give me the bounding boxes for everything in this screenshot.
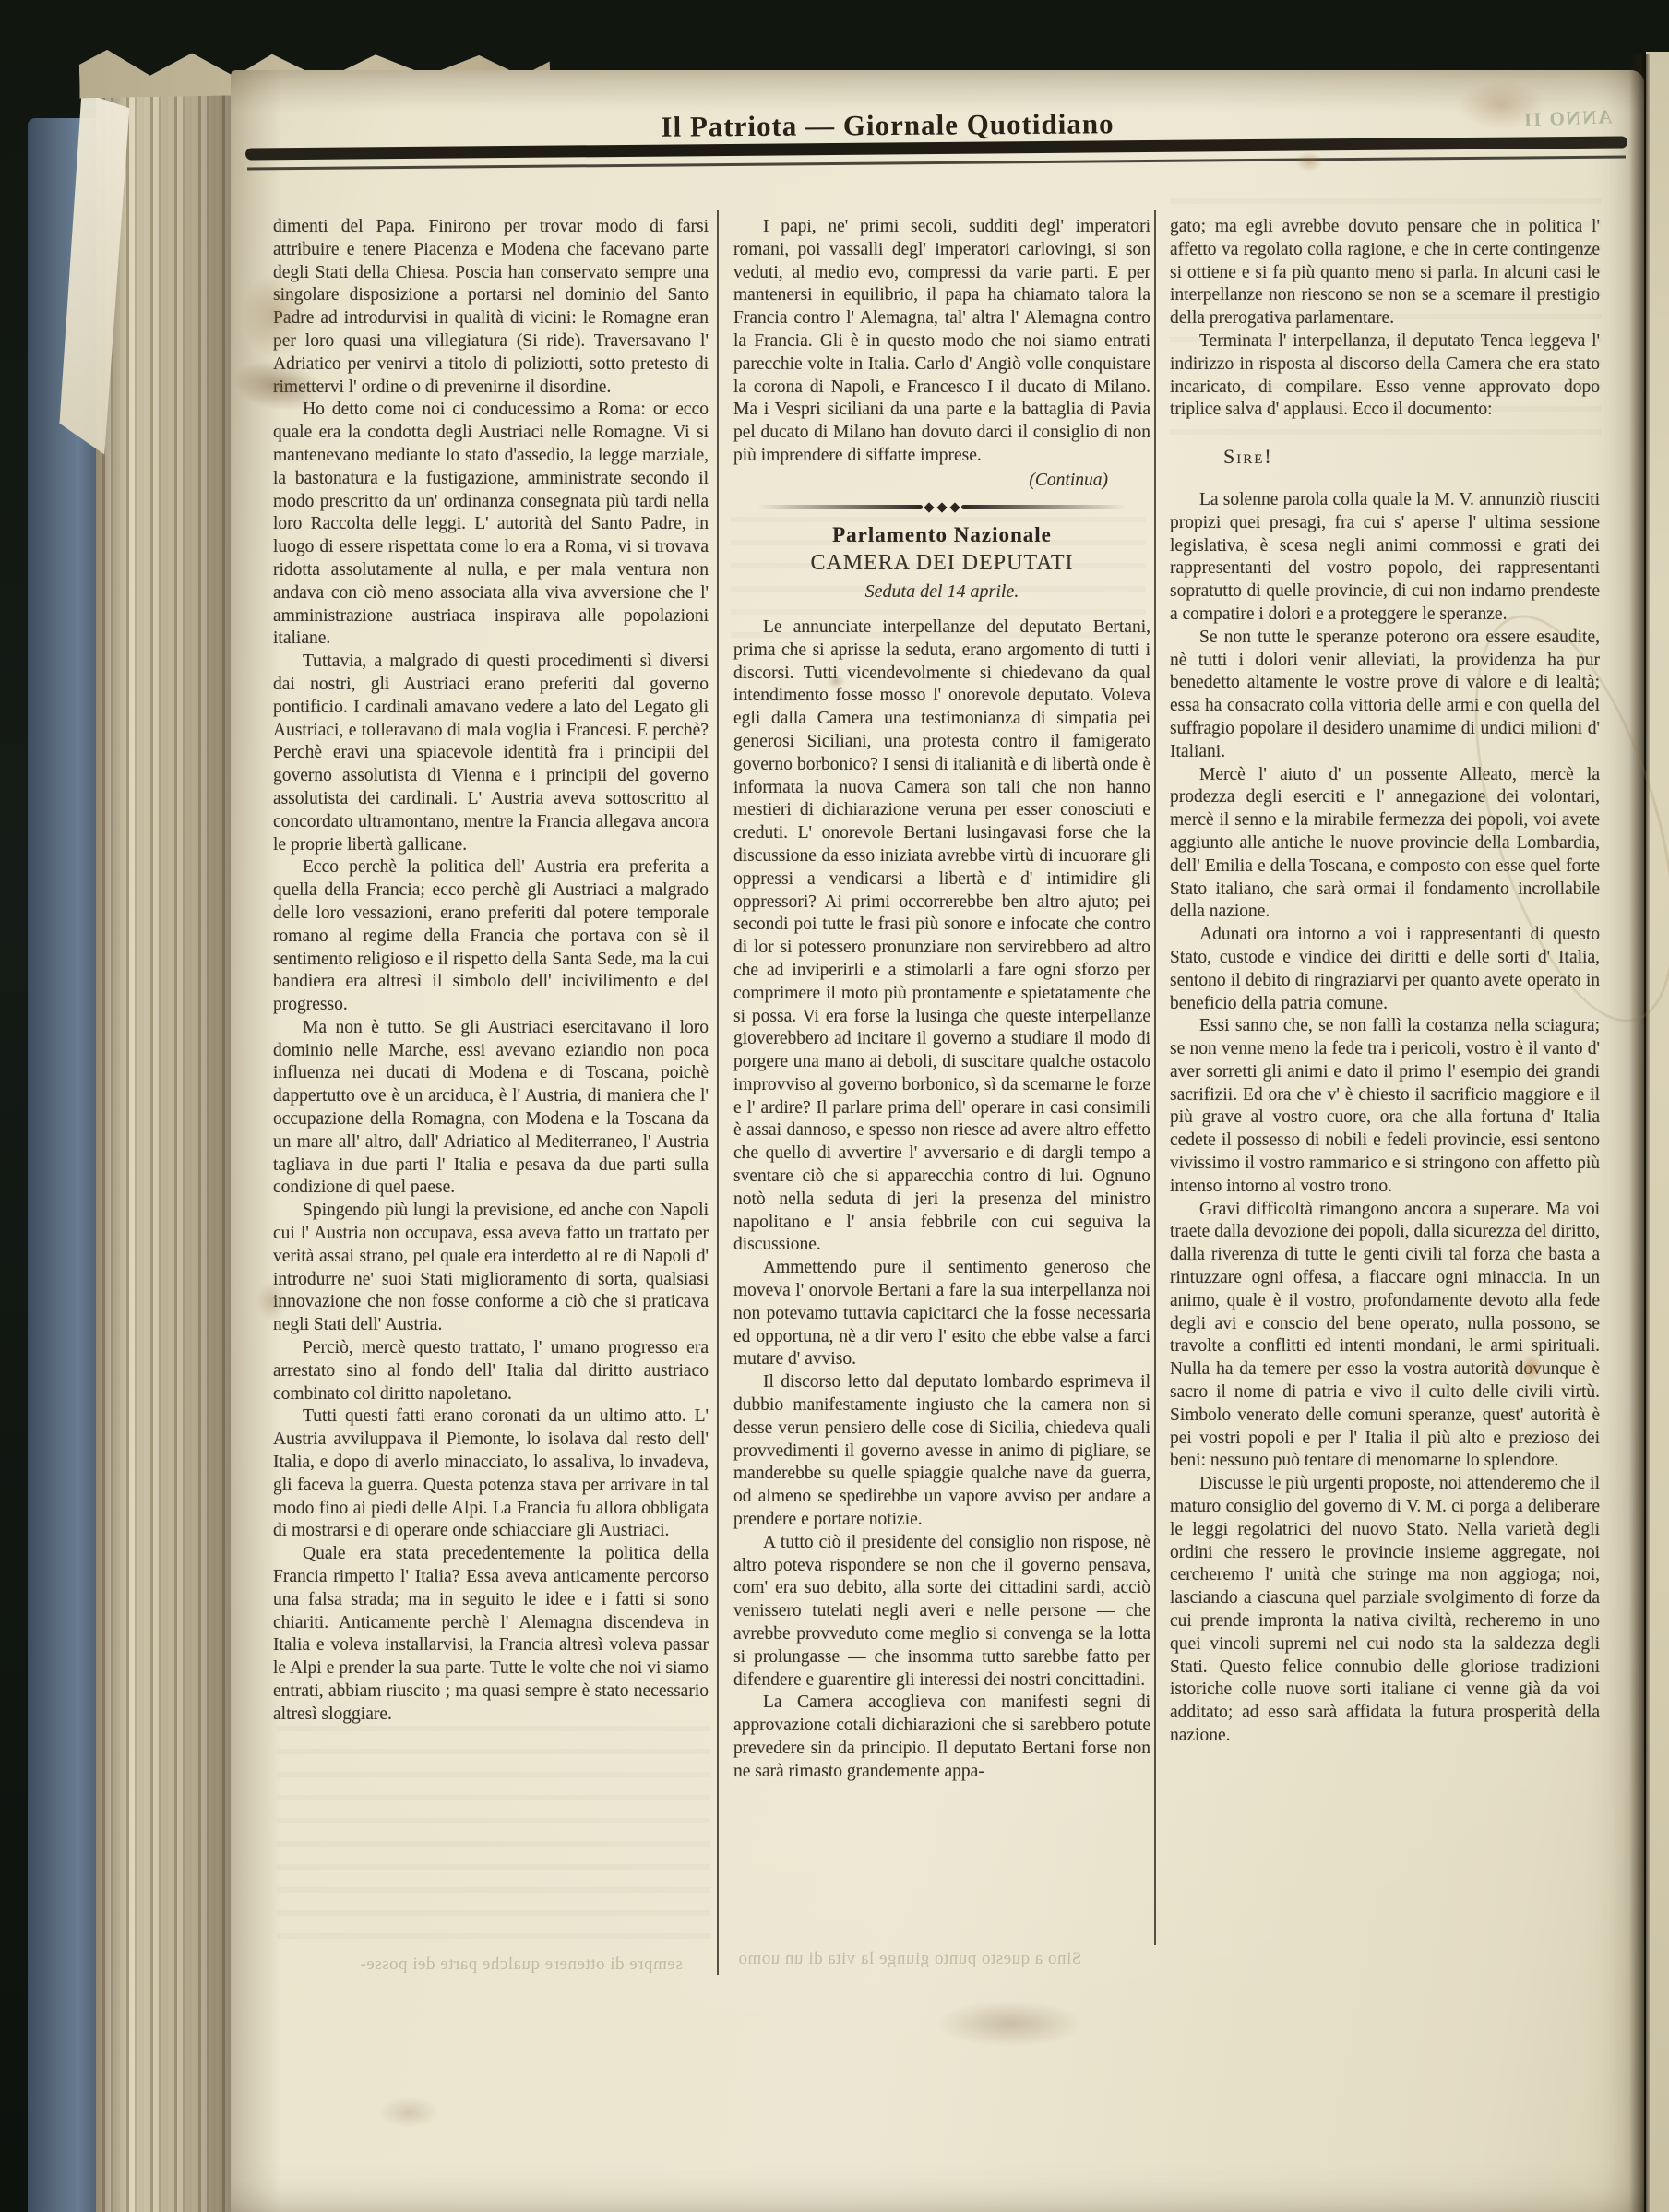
continua-note: (Continua) (733, 470, 1150, 493)
article-heading: Parlamento Nazionale (733, 524, 1150, 547)
paragraph: Gravi difficoltà rimangono ancora a supe… (1170, 1199, 1600, 1474)
column-1: dimenti del Papa. Finirono per trovar mo… (273, 216, 709, 1727)
paragraph: Terminata l' interpellanza, il deputato … (1170, 330, 1600, 422)
paragraph: Le annunciate interpellanze del deputato… (733, 616, 1150, 1257)
paragraph: Ammettendo pure il sentimento generoso c… (733, 1257, 1150, 1371)
session-date: Seduta del 14 aprile. (733, 580, 1150, 604)
diamond-ornament-icon (924, 502, 934, 512)
paragraph: Tuttavia, a malgrado di questi procedime… (273, 651, 709, 856)
newspaper-page: Il Patriota — Giornale Quotidiano diment… (231, 70, 1644, 2212)
column-2: I papi, ne' primi secoli, sudditi degl' … (733, 216, 1150, 1784)
salutation: Sire! (1170, 446, 1600, 469)
divider-line-right (961, 505, 1127, 509)
paragraph: Ecco perchè la politica dell' Austria er… (273, 856, 709, 1017)
paragraph: gato; ma egli avrebbe dovuto pensare che… (1170, 216, 1600, 330)
article-subheading: CAMERA DEI DEPUTATI (733, 552, 1150, 575)
diamond-ornament-icon (949, 502, 960, 512)
paragraph: Perciò, mercè questo trattato, l' umano … (273, 1337, 709, 1405)
paragraph: Mercè l' aiuto d' un possente Alleato, m… (1170, 764, 1600, 925)
paragraph: La solenne parola colla quale la M. V. a… (1170, 489, 1600, 627)
page-edge-stack (96, 89, 234, 2212)
paragraph: Essi sanno che, se non fallì la costanza… (1170, 1015, 1600, 1198)
column-divider-rule-1 (717, 210, 719, 1975)
paragraph: A tutto ciò il presidente del consiglio … (733, 1532, 1150, 1692)
paragraph: Ho detto come noi ci conducessimo a Roma… (273, 399, 709, 651)
paragraph: Ma non è tutto. Se gli Austriaci esercit… (273, 1017, 709, 1200)
page-crease-shadow (1629, 54, 1650, 2212)
paragraph: dimenti del Papa. Finirono per trovar mo… (273, 216, 709, 399)
paragraph: Discusse le più urgenti proposte, noi at… (1170, 1473, 1600, 1748)
section-divider (757, 504, 1127, 511)
paragraph: Adunati ora intorno a voi i rappresentan… (1170, 924, 1600, 1015)
paragraph: Tutti questi fatti erano coronati da un … (273, 1405, 709, 1543)
column-divider-rule-2 (1154, 210, 1156, 1945)
paragraph: Quale era stata precedentemente la polit… (273, 1543, 709, 1726)
paragraph: Se non tutte le speranze poterono ora es… (1170, 627, 1600, 764)
paragraph: Spingendo più lungi la previsione, ed an… (273, 1200, 709, 1337)
book-scan-photo: { "masthead": { "title": "Il Patriota — … (0, 0, 1669, 2212)
column-3: gato; ma egli avrebbe dovuto pensare che… (1170, 216, 1600, 1748)
paragraph: I papi, ne' primi secoli, sudditi degl' … (733, 216, 1150, 468)
paragraph: Il discorso letto dal deputato lombardo … (733, 1371, 1150, 1532)
paragraph: La Camera accoglieva con manifesti segni… (733, 1692, 1150, 1783)
divider-line-left (757, 505, 923, 509)
diamond-ornament-icon (936, 502, 947, 512)
